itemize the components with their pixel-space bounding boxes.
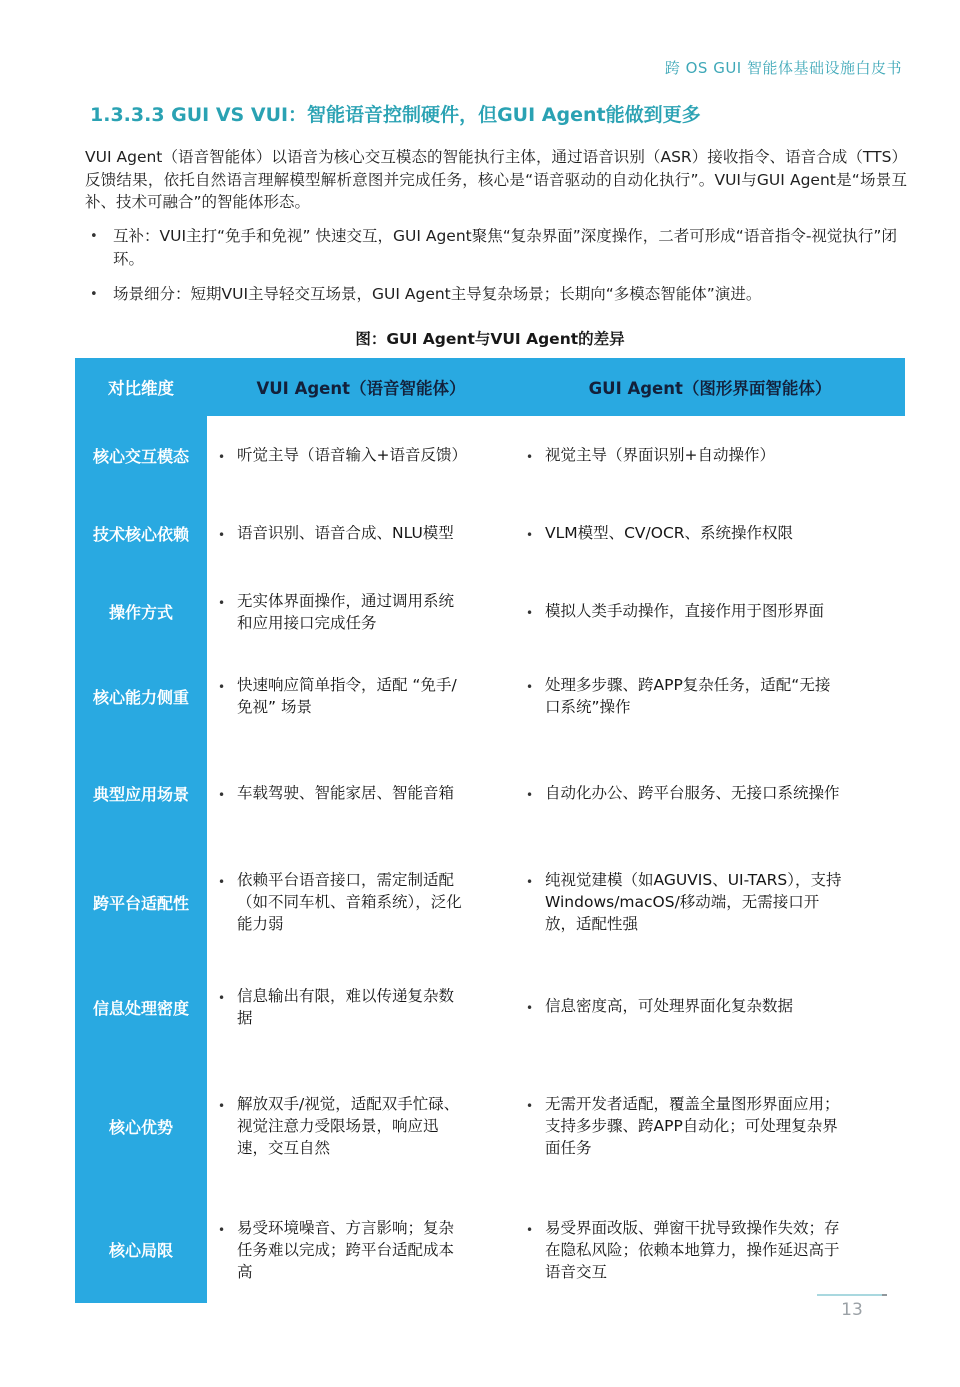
table-header-row: 对比维度 VUI Agent（语音智能体） GUI Agent（图形界面智能体） <box>75 358 905 416</box>
table-row: 信息处理密度 • 信息输出有限，难以传递复杂数据 • 信息密度高，可处理界面化复… <box>75 958 905 1056</box>
bullet-icon: • <box>523 782 545 806</box>
cell-bullet-line: • 纯视觉建模（如AGUVIS、UI-TARS），支持Windows/macOS… <box>523 869 905 935</box>
cell-text: 快速响应简单指令，适配 “免手/免视” 场景 <box>237 674 465 718</box>
cell-text: 纯视觉建模（如AGUVIS、UI-TARS），支持Windows/macOS/移… <box>545 869 843 935</box>
gui-cell: • 视觉主导（界面识别+自动操作） <box>515 416 905 495</box>
row-dimension-label: 核心局限 <box>75 1196 207 1303</box>
bullet-icon: • <box>215 522 237 546</box>
gui-cell: • 模拟人类手动操作，直接作用于图形界面 <box>515 572 905 651</box>
cell-bullet-line: • 快速响应简单指令，适配 “免手/免视” 场景 <box>215 674 515 718</box>
cell-text: 视觉主导（界面识别+自动操作） <box>545 444 775 468</box>
row-dimension-label: 核心优势 <box>75 1056 207 1196</box>
cell-text: 易受环境噪音、方言影响；复杂任务难以完成；跨平台适配成本高 <box>237 1217 465 1283</box>
cell-text: 模拟人类手动操作，直接作用于图形界面 <box>545 600 824 624</box>
vui-cell: • 易受环境噪音、方言影响；复杂任务难以完成；跨平台适配成本高 <box>207 1196 515 1303</box>
cell-bullet-line: • 解放双手/视觉，适配双手忙碌、视觉注意力受限场景，响应迅速，交互自然 <box>215 1093 515 1159</box>
vui-cell: • 快速响应简单指令，适配 “免手/免视” 场景 <box>207 651 515 741</box>
gui-cell: • 无需开发者适配，覆盖全量图形界面应用；支持多步骤、跨APP自动化；可处理复杂… <box>515 1056 905 1196</box>
cell-bullet-line: • 易受界面改版、弹窗干扰导致操作失效；存在隐私风险；依赖本地算力，操作延迟高于… <box>523 1217 905 1283</box>
gui-cell: • 易受界面改版、弹窗干扰导致操作失效；存在隐私风险；依赖本地算力，操作延迟高于… <box>515 1196 905 1303</box>
table-caption: 图：GUI Agent与VUI Agent的差异 <box>75 327 905 349</box>
vui-cell: • 无实体界面操作，通过调用系统和应用接口完成任务 <box>207 572 515 651</box>
bullet-item: • 场景细分：短期VUI主导轻交互场景，GUI Agent主导复杂场景；长期向“… <box>90 283 908 307</box>
table-row: 核心局限 • 易受环境噪音、方言影响；复杂任务难以完成；跨平台适配成本高 • 易… <box>75 1196 905 1303</box>
row-dimension-label: 核心交互模态 <box>75 416 207 495</box>
bullet-icon: • <box>90 225 113 270</box>
bullet-icon: • <box>523 522 545 546</box>
gui-cell: • VLM模型、CV/OCR、系统操作权限 <box>515 495 905 572</box>
cell-text: 信息密度高，可处理界面化复杂数据 <box>545 995 793 1019</box>
vui-cell: • 解放双手/视觉，适配双手忙碌、视觉注意力受限场景，响应迅速，交互自然 <box>207 1056 515 1196</box>
comparison-table: 对比维度 VUI Agent（语音智能体） GUI Agent（图形界面智能体）… <box>75 358 905 1303</box>
cell-bullet-line: • 信息密度高，可处理界面化复杂数据 <box>523 995 905 1019</box>
gui-cell: • 自动化办公、跨平台服务、无接口系统操作 <box>515 741 905 846</box>
cell-text: 听觉主导（语音输入+语音反馈） <box>237 444 465 468</box>
cell-bullet-line: • 依赖平台语音接口，需定制适配（如不同车机、音箱系统），泛化能力弱 <box>215 869 515 935</box>
cell-bullet-line: • 自动化办公、跨平台服务、无接口系统操作 <box>523 782 905 806</box>
cell-text: 语音识别、语音合成、NLU模型 <box>237 522 454 546</box>
table-row: 技术核心依赖 • 语音识别、语音合成、NLU模型 • VLM模型、CV/OCR、… <box>75 495 905 572</box>
cell-text: 自动化办公、跨平台服务、无接口系统操作 <box>545 782 840 806</box>
bullet-text: 场景细分：短期VUI主导轻交互场景，GUI Agent主导复杂场景；长期向“多模… <box>113 283 761 307</box>
header-gui-agent: GUI Agent（图形界面智能体） <box>515 358 905 416</box>
bullet-icon: • <box>523 674 545 718</box>
row-dimension-label: 核心能力侧重 <box>75 651 207 741</box>
row-dimension-label: 跨平台适配性 <box>75 846 207 958</box>
bullet-text: 互补：VUI主打“免手和免视” 快速交互，GUI Agent聚焦“复杂界面”深度… <box>113 225 908 270</box>
cell-bullet-line: • VLM模型、CV/OCR、系统操作权限 <box>523 522 905 546</box>
row-dimension-label: 典型应用场景 <box>75 741 207 846</box>
bullet-icon: • <box>215 1093 237 1159</box>
bullet-icon: • <box>215 869 237 935</box>
cell-bullet-line: • 模拟人类手动操作，直接作用于图形界面 <box>523 600 905 624</box>
table-row: 操作方式 • 无实体界面操作，通过调用系统和应用接口完成任务 • 模拟人类手动操… <box>75 572 905 651</box>
page-number: 13 <box>817 1300 887 1320</box>
bullet-icon: • <box>90 283 113 307</box>
row-dimension-label: 信息处理密度 <box>75 958 207 1056</box>
bullet-icon: • <box>215 444 237 468</box>
header-vui-agent: VUI Agent（语音智能体） <box>207 358 515 416</box>
cell-text: VLM模型、CV/OCR、系统操作权限 <box>545 522 793 546</box>
comparison-table-body: 核心交互模态 • 听觉主导（语音输入+语音反馈） • 视觉主导（界面识别+自动操… <box>75 416 905 1303</box>
table-row: 核心能力侧重 • 快速响应简单指令，适配 “免手/免视” 场景 • 处理多步骤、… <box>75 651 905 741</box>
vui-cell: • 信息输出有限，难以传递复杂数据 <box>207 958 515 1056</box>
gui-cell: • 处理多步骤、跨APP复杂任务，适配“无接口系统”操作 <box>515 651 905 741</box>
table-row: 跨平台适配性 • 依赖平台语音接口，需定制适配（如不同车机、音箱系统），泛化能力… <box>75 846 905 958</box>
cell-text: 易受界面改版、弹窗干扰导致操作失效；存在隐私风险；依赖本地算力，操作延迟高于语音… <box>545 1217 843 1283</box>
vui-cell: • 语音识别、语音合成、NLU模型 <box>207 495 515 572</box>
bullet-icon: • <box>523 600 545 624</box>
footer-rule <box>817 1294 883 1296</box>
document-header: 跨 OS GUI 智能体基础设施白皮书 <box>665 57 902 78</box>
cell-bullet-line: • 无需开发者适配，覆盖全量图形界面应用；支持多步骤、跨APP自动化；可处理复杂… <box>523 1093 905 1159</box>
cell-bullet-line: • 听觉主导（语音输入+语音反馈） <box>215 444 515 468</box>
row-dimension-label: 技术核心依赖 <box>75 495 207 572</box>
vui-cell: • 车载驾驶、智能家居、智能音箱 <box>207 741 515 846</box>
cell-text: 信息输出有限，难以传递复杂数据 <box>237 985 465 1029</box>
bullet-icon: • <box>523 869 545 935</box>
comparison-table-head: 对比维度 VUI Agent（语音智能体） GUI Agent（图形界面智能体） <box>75 358 905 416</box>
gui-cell: • 纯视觉建模（如AGUVIS、UI-TARS），支持Windows/macOS… <box>515 846 905 958</box>
table-row: 核心交互模态 • 听觉主导（语音输入+语音反馈） • 视觉主导（界面识别+自动操… <box>75 416 905 495</box>
header-dimension: 对比维度 <box>75 358 207 416</box>
cell-bullet-line: • 无实体界面操作，通过调用系统和应用接口完成任务 <box>215 590 515 634</box>
bullet-icon: • <box>523 1093 545 1159</box>
cell-bullet-line: • 语音识别、语音合成、NLU模型 <box>215 522 515 546</box>
bullet-icon: • <box>523 1217 545 1283</box>
cell-bullet-line: • 视觉主导（界面识别+自动操作） <box>523 444 905 468</box>
bullet-icon: • <box>523 444 545 468</box>
cell-text: 无需开发者适配，覆盖全量图形界面应用；支持多步骤、跨APP自动化；可处理复杂界面… <box>545 1093 843 1159</box>
cell-text: 处理多步骤、跨APP复杂任务，适配“无接口系统”操作 <box>545 674 843 718</box>
cell-text: 车载驾驶、智能家居、智能音箱 <box>237 782 454 806</box>
intro-paragraph: VUI Agent（语音智能体）以语音为核心交互模态的智能执行主体，通过语音识别… <box>85 146 907 214</box>
bullet-icon: • <box>523 995 545 1019</box>
bullet-icon: • <box>215 985 237 1029</box>
row-dimension-label: 操作方式 <box>75 572 207 651</box>
cell-text: 依赖平台语音接口，需定制适配（如不同车机、音箱系统），泛化能力弱 <box>237 869 465 935</box>
bullet-icon: • <box>215 1217 237 1283</box>
table-row: 典型应用场景 • 车载驾驶、智能家居、智能音箱 • 自动化办公、跨平台服务、无接… <box>75 741 905 846</box>
section-heading: 1.3.3.3 GUI VS VUI：智能语音控制硬件，但GUI Agent能做… <box>90 100 930 127</box>
bullet-item: • 互补：VUI主打“免手和免视” 快速交互，GUI Agent聚焦“复杂界面”… <box>90 225 908 270</box>
vui-cell: • 听觉主导（语音输入+语音反馈） <box>207 416 515 495</box>
cell-text: 无实体界面操作，通过调用系统和应用接口完成任务 <box>237 590 465 634</box>
bullet-icon: • <box>215 782 237 806</box>
vui-cell: • 依赖平台语音接口，需定制适配（如不同车机、音箱系统），泛化能力弱 <box>207 846 515 958</box>
cell-bullet-line: • 车载驾驶、智能家居、智能音箱 <box>215 782 515 806</box>
table-row: 核心优势 • 解放双手/视觉，适配双手忙碌、视觉注意力受限场景，响应迅速，交互自… <box>75 1056 905 1196</box>
bullet-list: • 互补：VUI主打“免手和免视” 快速交互，GUI Agent聚焦“复杂界面”… <box>90 225 908 307</box>
cell-bullet-line: • 处理多步骤、跨APP复杂任务，适配“无接口系统”操作 <box>523 674 905 718</box>
gui-cell: • 信息密度高，可处理界面化复杂数据 <box>515 958 905 1056</box>
bullet-icon: • <box>215 590 237 634</box>
cell-text: 解放双手/视觉，适配双手忙碌、视觉注意力受限场景，响应迅速，交互自然 <box>237 1093 465 1159</box>
cell-bullet-line: • 易受环境噪音、方言影响；复杂任务难以完成；跨平台适配成本高 <box>215 1217 515 1283</box>
bullet-icon: • <box>215 674 237 718</box>
cell-bullet-line: • 信息输出有限，难以传递复杂数据 <box>215 985 515 1029</box>
